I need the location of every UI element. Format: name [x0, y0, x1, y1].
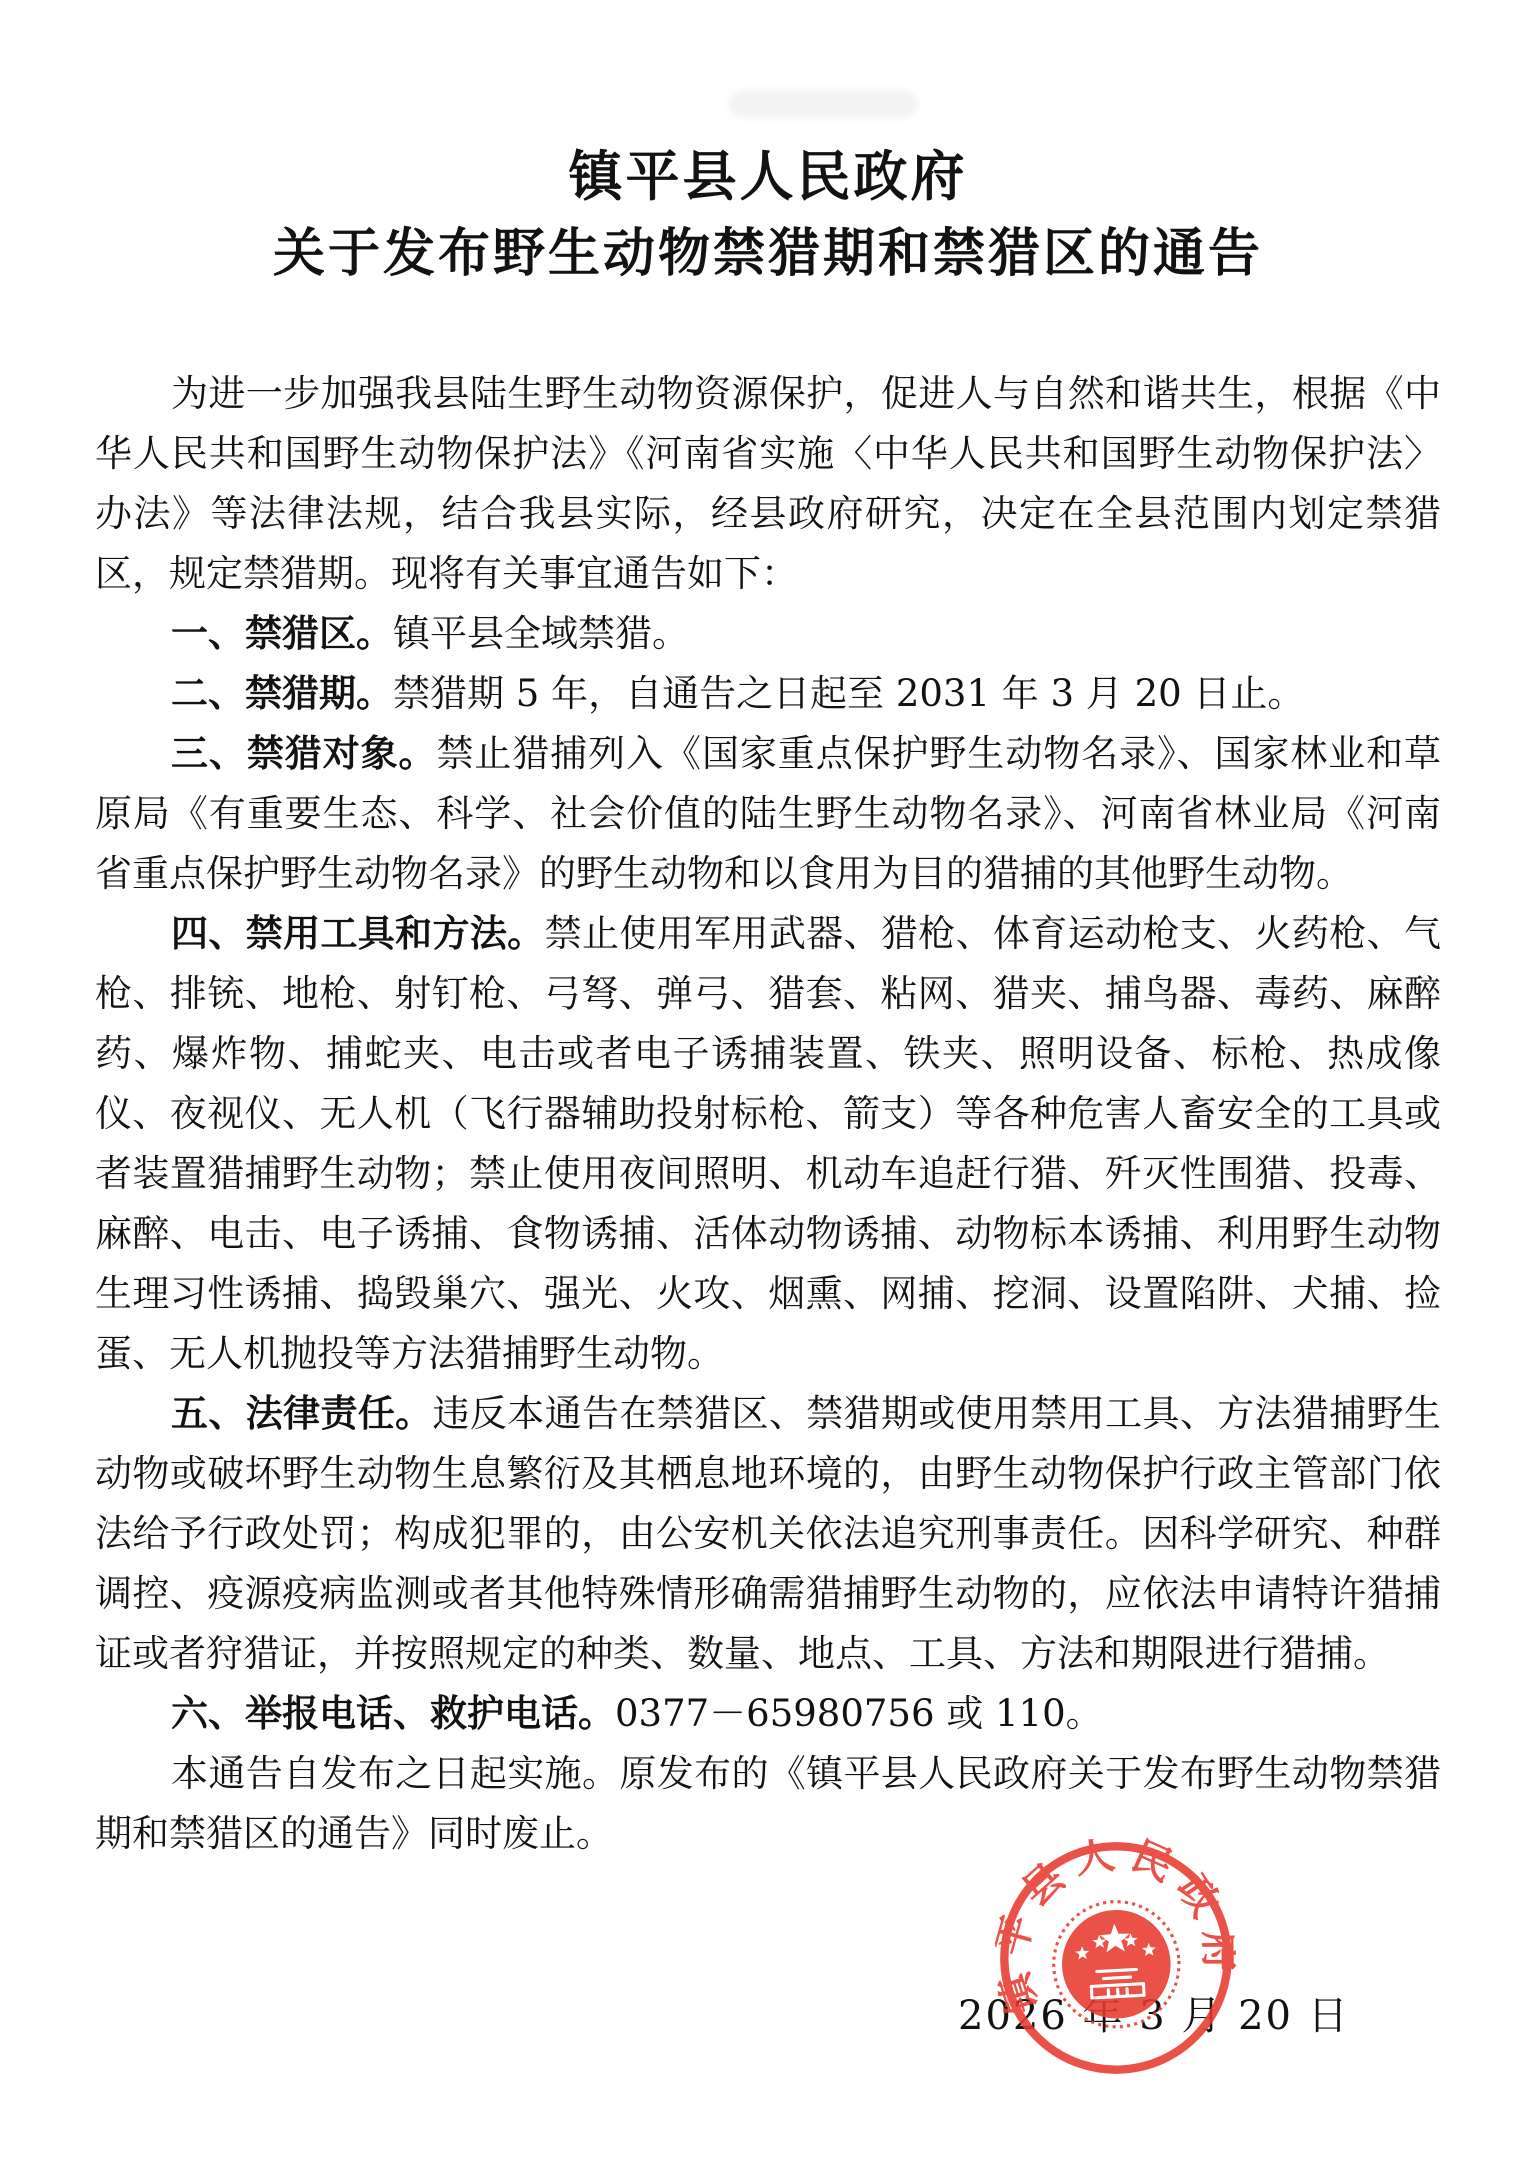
paragraph-item-5: 五、法律责任。违反本通告在禁猎区、禁猎期或使用禁用工具、方法猎捕野生动物或破坏野…: [95, 1384, 1441, 1684]
paragraph-item-6: 六、举报电话、救护电话。0377－65980756 或 110。: [95, 1684, 1441, 1744]
document-page: 镇平县人民政府 关于发布野生动物禁猎期和禁猎区的通告 为进一步加强我县陆生野生动…: [0, 0, 1536, 2172]
title-line-1: 镇平县人民政府: [60, 138, 1476, 215]
paragraph-text: 为进一步加强我县陆生野生动物资源保护，促进人与自然和谐共生，根据《中华人民共和国…: [95, 372, 1441, 595]
paragraph-item-1: 一、禁猎区。镇平县全域禁猎。: [95, 604, 1441, 664]
paragraph-lead: 二、禁猎期。: [171, 672, 393, 715]
paragraph-text: 本通告自发布之日起实施。原发布的《镇平县人民政府关于发布野生动物禁猎期和禁猎区的…: [95, 1752, 1441, 1855]
paragraph-item-2: 二、禁猎期。禁猎期 5 年，自通告之日起至 2031 年 3 月 20 日止。: [95, 664, 1441, 724]
paragraph-lead: 六、举报电话、救护电话。: [171, 1692, 615, 1735]
paragraph-text: 禁猎期 5 年，自通告之日起至 2031 年 3 月 20 日止。: [393, 672, 1304, 715]
paragraph-item-3: 三、禁猎对象。禁止猎捕列入《国家重点保护野生动物名录》、国家林业和草原局《有重要…: [95, 724, 1441, 904]
paragraph-lead: 四、禁用工具和方法。: [171, 912, 545, 955]
paragraph-item-4: 四、禁用工具和方法。禁止使用军用武器、猎枪、体育运动枪支、火药枪、气枪、排铳、地…: [95, 904, 1441, 1384]
paragraph-lead: 五、法律责任。: [171, 1392, 433, 1435]
document-body: 为进一步加强我县陆生野生动物资源保护，促进人与自然和谐共生，根据《中华人民共和国…: [95, 364, 1441, 1864]
scan-artifact: [728, 90, 918, 118]
paragraph-closing: 本通告自发布之日起实施。原发布的《镇平县人民政府关于发布野生动物禁猎期和禁猎区的…: [95, 1744, 1441, 1864]
paragraph-lead: 一、禁猎区。: [171, 612, 393, 655]
paragraph-text: 0377－65980756 或 110。: [615, 1692, 1103, 1735]
paragraph-text: 禁止使用军用武器、猎枪、体育运动枪支、火药枪、气枪、排铳、地枪、射钉枪、弓弩、弹…: [95, 912, 1441, 1375]
issue-date: 2026 年 3 月 20 日: [958, 1984, 1350, 2041]
official-seal: 镇平县人民政府: [990, 1832, 1242, 2084]
paragraph-text: 镇平县全域禁猎。: [393, 612, 689, 655]
title-line-2: 关于发布野生动物禁猎期和禁猎区的通告: [60, 215, 1476, 292]
paragraph-lead: 三、禁猎对象。: [171, 732, 436, 775]
document-title: 镇平县人民政府 关于发布野生动物禁猎期和禁猎区的通告: [60, 138, 1476, 292]
paragraph-intro: 为进一步加强我县陆生野生动物资源保护，促进人与自然和谐共生，根据《中华人民共和国…: [95, 364, 1441, 604]
